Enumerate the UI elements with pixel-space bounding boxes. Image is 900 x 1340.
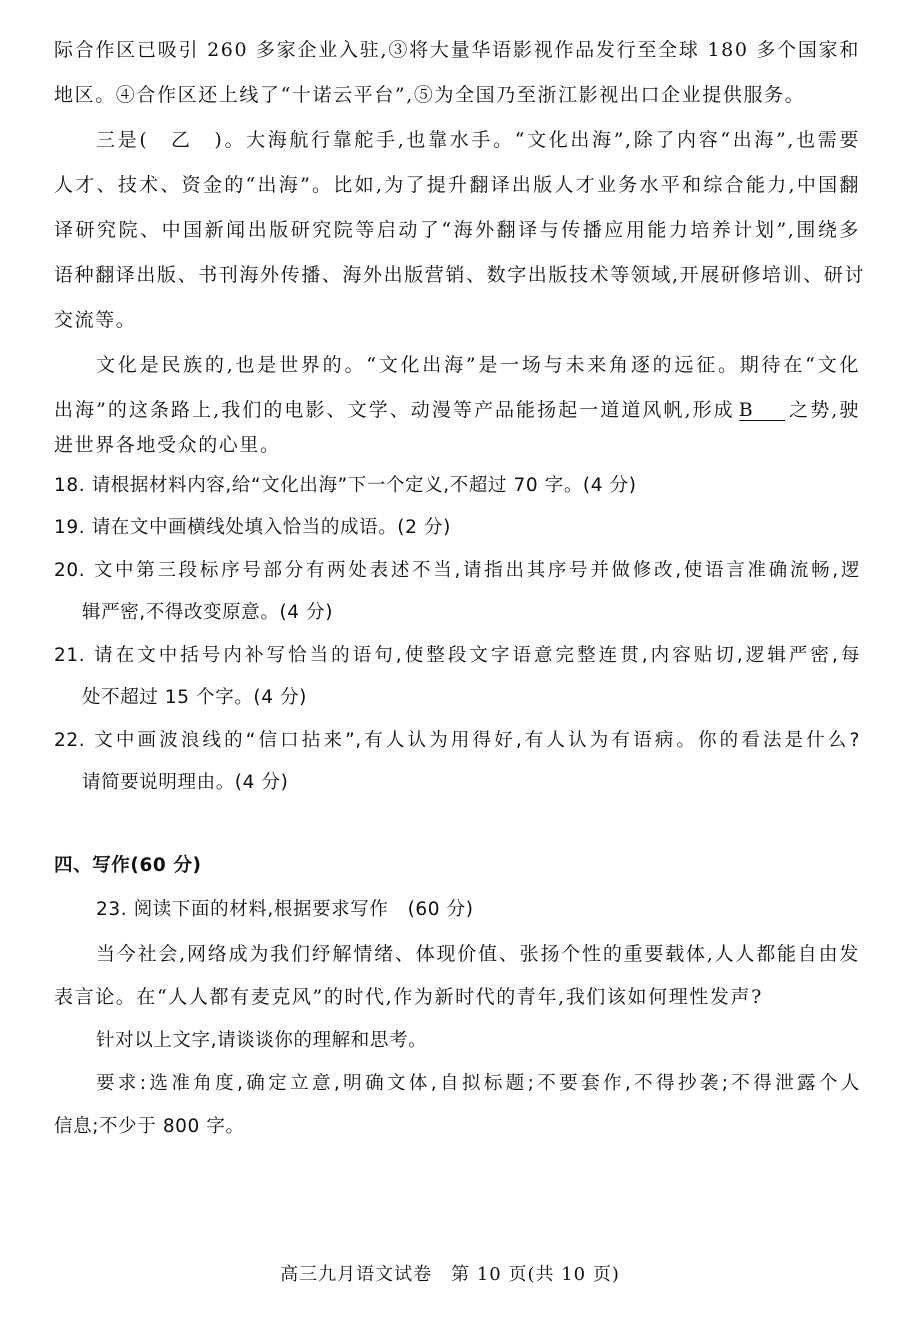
page-footer: 高三九月语文试卷 第 10 页(共 10 页) bbox=[0, 1260, 900, 1286]
passage-line: 交流等。 bbox=[54, 308, 860, 332]
passage-line: 进世界各地受众的心里。 bbox=[54, 433, 860, 457]
section-title-writing: 四、写作(60 分) bbox=[54, 854, 860, 878]
text-before-blank: 出海”的这条路上,我们的电影、文学、动漫等产品能扬起一道道风帆,形成 bbox=[54, 399, 735, 421]
instruction-line: 针对以上文字,请谈谈你的理解和思考。 bbox=[96, 1029, 860, 1053]
question-21-cont: 处不超过 15 个字。(4 分) bbox=[82, 686, 860, 710]
text-after-blank: 之势,驶 bbox=[789, 399, 860, 421]
question-21: 21. 请在文中括号内补写恰当的语句,使整段文字语意完整连贯,内容贴切,逻辑严密… bbox=[54, 644, 860, 668]
passage-line: 语种翻译出版、书刊海外传播、海外出版营销、数字出版技术等领域,开展研修培训、研讨 bbox=[54, 263, 860, 287]
question-19: 19. 请在文中画横线处填入恰当的成语。(2 分) bbox=[54, 516, 860, 540]
material-line: 表言论。在“人人都有麦克风”的时代,作为新时代的青年,我们该如何理性发声? bbox=[54, 985, 860, 1009]
passage-line: 际合作区已吸引 260 多家企业入驻,③将大量华语影视作品发行至全球 180 多… bbox=[54, 38, 860, 62]
passage-line-with-blank: 出海”的这条路上,我们的电影、文学、动漫等产品能扬起一道道风帆,形成B之势,驶 bbox=[54, 398, 860, 422]
fill-blank-b: B bbox=[739, 400, 785, 421]
passage-line: 三是( 乙 )。大海航行靠舵手,也靠水手。“文化出海”,除了内容“出海”,也需要 bbox=[96, 128, 860, 152]
material-line: 当今社会,网络成为我们纾解情绪、体现价值、张扬个性的重要载体,人人都能自由发 bbox=[96, 942, 860, 966]
passage-line: 文化是民族的,也是世界的。“文化出海”是一场与未来角逐的远征。期待在“文化 bbox=[96, 353, 860, 377]
passage-line: 地区。④合作区还上线了“十诺云平台”,⑤为全国乃至浙江影视出口企业提供服务。 bbox=[54, 83, 860, 107]
requirements-line: 要求:选准角度,确定立意,明确文体,自拟标题;不要套作,不得抄袭;不得泄露个人 bbox=[96, 1072, 860, 1096]
question-23-title: 23. 阅读下面的材料,根据要求写作 (60 分) bbox=[96, 898, 860, 922]
question-20: 20. 文中第三段标序号部分有两处表述不当,请指出其序号并做修改,使语言准确流畅… bbox=[54, 559, 860, 583]
question-22-cont: 请简要说明理由。(4 分) bbox=[82, 771, 860, 795]
requirements-line: 信息;不少于 800 字。 bbox=[54, 1115, 860, 1139]
question-22: 22. 文中画波浪线的“信口拈来”,有人认为用得好,有人认为有语病。你的看法是什… bbox=[54, 729, 860, 753]
passage-line: 人才、技术、资金的“出海”。比如,为了提升翻译出版人才业务水平和综合能力,中国翻 bbox=[54, 173, 860, 197]
question-18: 18. 请根据材料内容,给“文化出海”下一个定义,不超过 70 字。(4 分) bbox=[54, 474, 860, 498]
passage-line: 译研究院、中国新闻出版研究院等启动了“海外翻译与传播应用能力培养计划”,围绕多 bbox=[54, 218, 860, 242]
question-20-cont: 辑严密,不得改变原意。(4 分) bbox=[82, 601, 860, 625]
